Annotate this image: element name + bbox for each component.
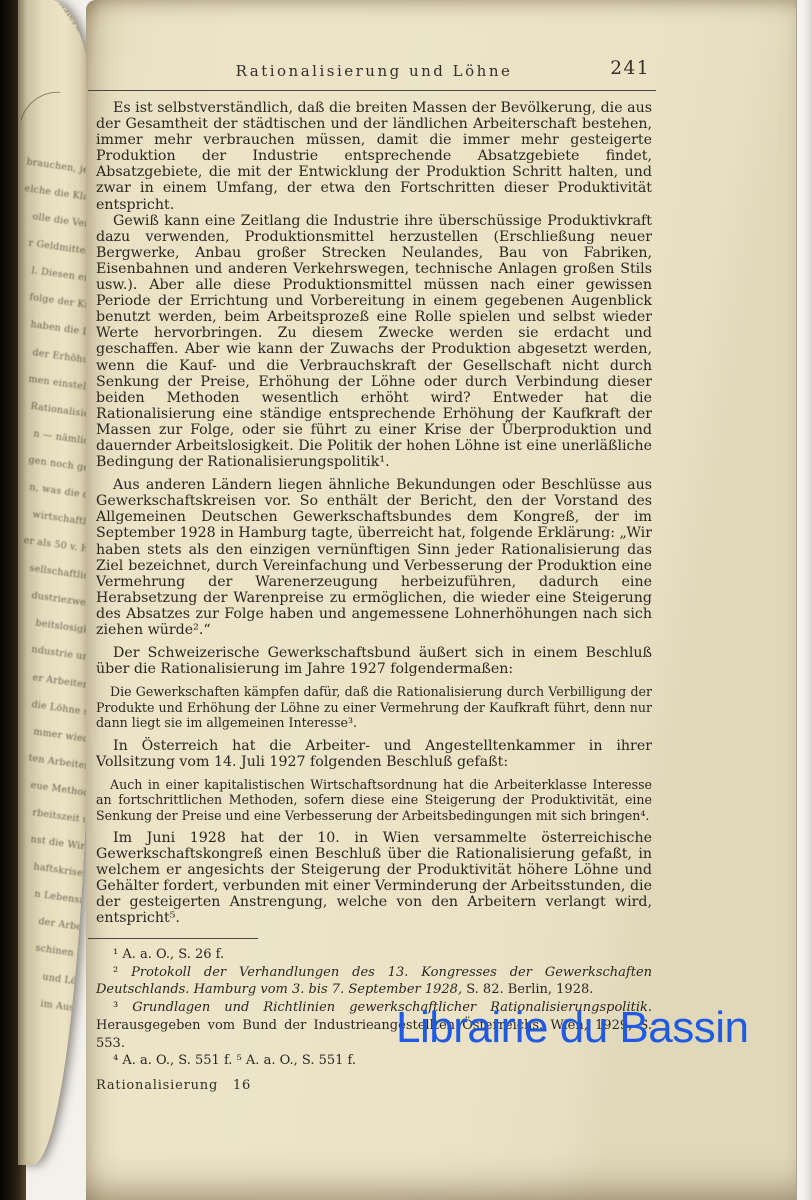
footnote: ⁴ A. a. O., S. 551 f. ⁵ A. a. O., S. 551…	[96, 1052, 652, 1070]
edge-text-fragment: eue Method	[29, 780, 89, 799]
paragraph: Gewiß kann eine Zeitlang die Industrie i…	[96, 213, 652, 471]
paragraph: Im Juni 1928 hat der 10. in Wien versamm…	[96, 830, 652, 927]
edge-text-fragment: schinen ab	[35, 943, 90, 961]
paragraph: Es ist selbstverständlich, daß die breit…	[96, 100, 652, 213]
footnote-rule	[88, 938, 258, 939]
edge-text-fragment: folge der Kr	[29, 292, 90, 311]
edge-text-fragment: l. Diesen er	[31, 265, 90, 284]
footnote-text: ⁵ A. a. O., S. 551 f.	[237, 1053, 356, 1068]
running-head: Rationalisierung und Löhne 241	[96, 62, 652, 80]
edge-text-fragment: elche die Kla	[24, 183, 90, 203]
header-rule	[88, 90, 656, 91]
edge-text-fragment: dustriezwei	[31, 590, 90, 609]
paragraph: Der Schweizerische Gewerkschaftsbund äuß…	[96, 645, 652, 677]
edge-text-fragment: brauchen, je	[26, 156, 90, 176]
edge-text-fragment: mmer wied	[33, 726, 90, 745]
edge-text-fragment: nst die Wirt	[30, 834, 90, 853]
edge-text-fragment: er als 50 v. H	[23, 535, 90, 555]
edge-text-fragment: der Arbeit	[37, 916, 89, 934]
signature-mark: Rationalisierung 16	[96, 1078, 251, 1093]
previous-page-rule-arc	[18, 80, 92, 162]
edge-text-fragment: n Lebensm	[34, 888, 90, 906]
edge-text-fragment: men einstell	[27, 374, 89, 393]
edge-text-fragment: beitslosigk	[35, 618, 90, 636]
edge-text-fragment: haftskrisen	[33, 861, 90, 880]
page-right-edge	[796, 0, 812, 1200]
edge-text-fragment: wirtschaftli	[31, 509, 89, 528]
footnote: ¹ A. a. O., S. 26 f.	[96, 946, 652, 964]
paragraph: In Österreich hat die Arbeiter- und Ange…	[96, 738, 652, 770]
previous-page-edge: alisierungbrauchen, jeelche die Klaolle …	[18, 0, 92, 1165]
page-number: 241	[610, 58, 650, 79]
footnote-text: ²	[113, 965, 131, 980]
edge-text-fragment: die Löhne s	[31, 699, 90, 718]
edge-text-fragment: gen noch ge	[28, 455, 90, 474]
paragraph: Aus anderen Ländern liegen ähnliche Beku…	[96, 477, 652, 638]
edge-text-fragment: n — nämlic	[33, 428, 90, 447]
edge-text-fragment: haben die L	[30, 319, 90, 338]
book-photo: alisierungbrauchen, jeelche die Klaolle …	[0, 0, 812, 1200]
edge-text-fragment: sellschaftlic	[29, 563, 90, 582]
footnote-text: ³	[113, 1000, 132, 1015]
footnote-text: S. 82. Berlin, 1928.	[462, 982, 593, 997]
footnote-text: ¹ A. a. O., S. 26 f.	[113, 947, 224, 962]
edge-text-fragment: im Ausma	[40, 998, 90, 1016]
edge-text-fragment: r Geldmittel	[28, 238, 90, 257]
edge-text-fragment: ndustrie un	[31, 644, 90, 663]
edge-text-fragment: er Arbeiten	[32, 672, 90, 691]
paragraph: Die Gewerkschaften kämpfen dafür, daß di…	[96, 684, 652, 730]
footnote: ² Protokoll der Verhandlungen des 13. Ko…	[96, 964, 652, 999]
edge-text-fragment: ten Arbeiter	[28, 753, 90, 772]
edge-text-fragment: olle die Ver	[32, 211, 90, 230]
paragraph: Auch in einer kapitalistischen Wirtschaf…	[96, 777, 652, 823]
edge-text-fragment: rbeitszeit u	[32, 807, 90, 826]
edge-text-fragment: n, was die d	[29, 482, 90, 501]
running-head-title: Rationalisierung und Löhne	[236, 62, 513, 80]
watermark: Librairie du Bassin	[396, 1003, 748, 1053]
edge-text-fragment: und Löhn	[41, 971, 89, 988]
edge-text-fragment: Rationalisie	[29, 401, 89, 420]
footnote-text: ⁴ A. a. O., S. 551 f.	[113, 1053, 232, 1068]
body-paragraphs: Es ist selbstverständlich, daß die breit…	[96, 100, 652, 936]
edge-text-fragment: der Erhöhu	[32, 347, 90, 366]
